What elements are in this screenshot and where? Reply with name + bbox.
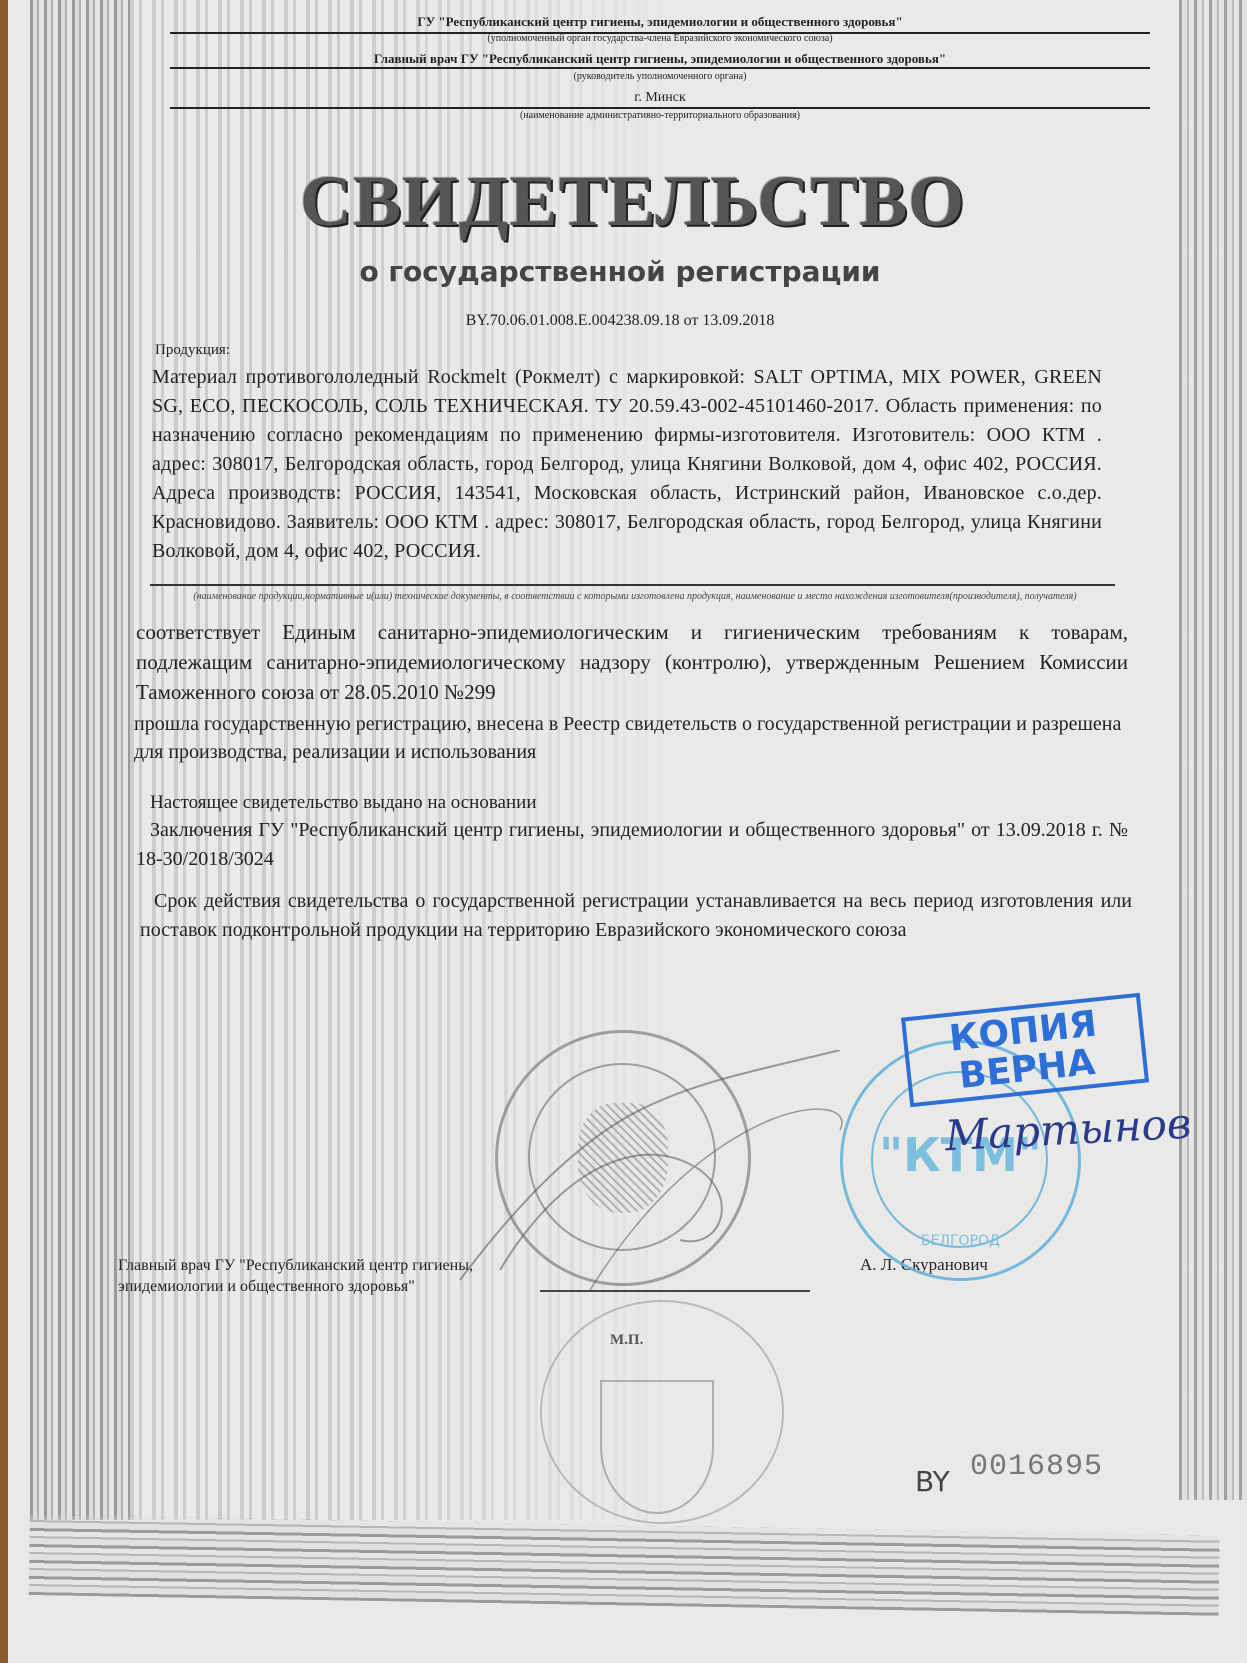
- document-title: СВИДЕТЕЛЬСТВО: [300, 160, 940, 243]
- caduceus-icon: [600, 1380, 714, 1514]
- header-rule: [170, 67, 1150, 69]
- authority-caption: (уполномоченный орган государства-члена …: [170, 33, 1150, 44]
- registration-statement: прошла государственную регистрацию, внес…: [134, 710, 1126, 766]
- seal-placeholder: М.П.: [610, 1332, 643, 1349]
- authority-name: ГУ "Республиканский центр гигиены, эпиде…: [170, 14, 1150, 30]
- signature-scribble: [440, 1050, 860, 1290]
- header-rule: [170, 107, 1150, 109]
- head-name: Главный врач ГУ "Республиканский центр г…: [170, 51, 1150, 67]
- ornamental-border-right: [1179, 0, 1247, 1500]
- basis-conclusion: Заключения ГУ "Республиканский центр гиг…: [136, 816, 1128, 874]
- city-caption: (наименование административно-территориа…: [170, 110, 1150, 121]
- signer-organization: Главный врач ГУ "Республиканский центр г…: [118, 1255, 518, 1297]
- product-description: Материал противогололедный Rockmelt (Рок…: [152, 363, 1102, 566]
- registration-number: BY.70.06.01.008.Е.004238.09.18 от 13.09.…: [300, 312, 940, 330]
- country-code: BY: [915, 1465, 950, 1498]
- product-label: Продукция:: [155, 342, 230, 359]
- head-caption: (руководитель уполномоченного органа): [170, 71, 1150, 82]
- conformity-statement: соответствует Единым санитарно-эпидемиол…: [136, 617, 1128, 707]
- signature-line: [540, 1290, 810, 1292]
- validity-statement: Срок действия свидетельства о государств…: [140, 887, 1132, 945]
- city-name: г. Минск: [170, 90, 1150, 106]
- company-stamp-city: БЕЛГОРОД: [843, 1233, 1078, 1249]
- document-subtitle: о государственной регистрации: [300, 255, 940, 288]
- blank-serial-number: 0016895: [970, 1450, 1103, 1484]
- ornamental-border-left: [30, 0, 130, 1520]
- product-rule: [150, 584, 1115, 586]
- product-caption: (наименование продукции,нормативные и(ил…: [160, 590, 1110, 604]
- basis-intro: Настоящее свидетельство выдано на основа…: [150, 788, 1142, 818]
